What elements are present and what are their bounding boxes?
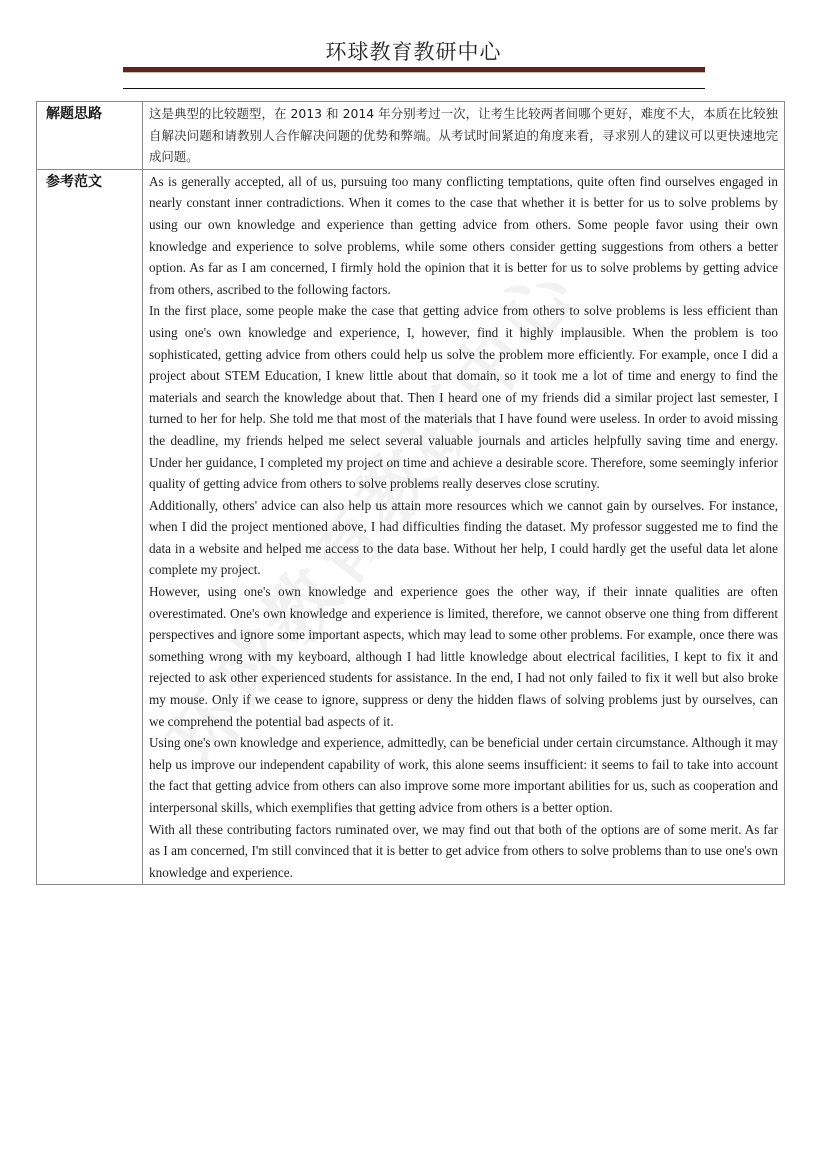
essay-paragraph-conclusion: With all these contributing factors rumi…: [149, 819, 778, 884]
approach-paragraph: 这是典型的比较题型，在 2013 和 2014 年分别考过一次，让考生比较两者间…: [149, 103, 778, 168]
table-row-sample-essay: 参考范文 As is generally accepted, all of us…: [37, 169, 785, 885]
essay-paragraph-additionally: Additionally, others' advice can also he…: [149, 495, 778, 581]
answer-table: 解题思路 这是典型的比较题型，在 2013 和 2014 年分别考过一次，让考生…: [36, 101, 785, 885]
approach-content: 这是典型的比较题型，在 2013 和 2014 年分别考过一次，让考生比较两者间…: [143, 102, 785, 170]
essay-paragraph-however: However, using one's own knowledge and e…: [149, 581, 778, 732]
header-rule-thick-shadow: [123, 72, 705, 73]
sample-essay-content: As is generally accepted, all of us, pur…: [143, 169, 785, 885]
page-header-title: 环球教育教研中心: [0, 36, 827, 66]
essay-paragraph-concession: Using one's own knowledge and experience…: [149, 732, 778, 818]
essay-paragraph-first-place: In the first place, some people make the…: [149, 300, 778, 494]
header-rule-thin: [123, 88, 705, 89]
row-label-sample-essay: 参考范文: [37, 169, 143, 885]
essay-paragraph-intro: As is generally accepted, all of us, pur…: [149, 171, 778, 301]
table-row-approach: 解题思路 这是典型的比较题型，在 2013 和 2014 年分别考过一次，让考生…: [37, 102, 785, 170]
row-label-approach: 解题思路: [37, 102, 143, 170]
